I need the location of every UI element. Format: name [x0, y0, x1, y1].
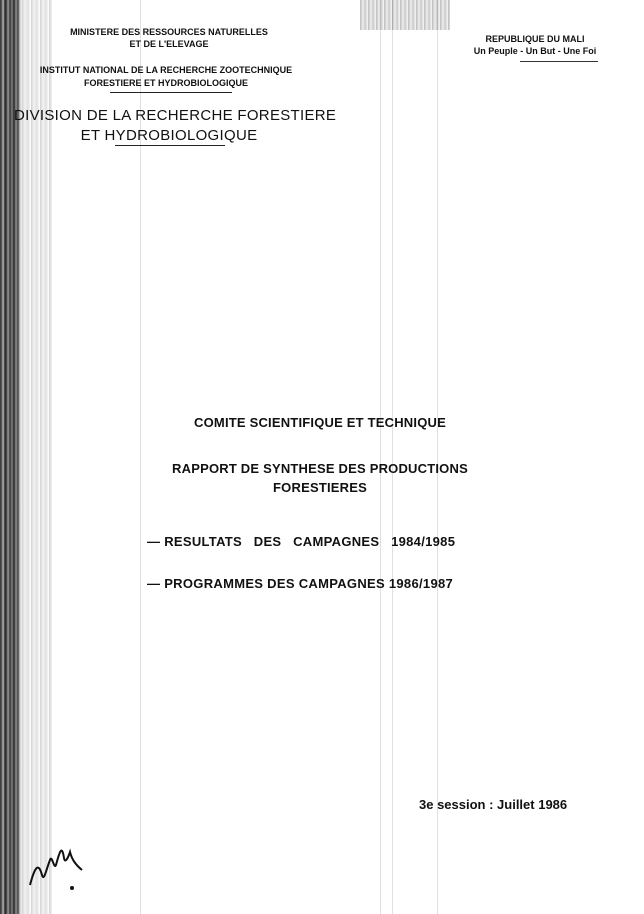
- report-title-line-2: FORESTIERES: [150, 478, 490, 497]
- scan-streak: [437, 0, 438, 914]
- divider-rule: [520, 61, 598, 62]
- ministry-line-1: MINISTERE DES RESSOURCES NATURELLES: [62, 26, 276, 38]
- handwritten-signature-icon: [22, 830, 92, 900]
- committee-title: COMITE SCIENTIFIQUE ET TECHNIQUE: [160, 415, 480, 430]
- document-page: MINISTERE DES RESSOURCES NATURELLES ET D…: [0, 0, 644, 914]
- list-item-programmes: — PROGRAMMES DES CAMPAGNES 1986/1987: [147, 576, 453, 591]
- division-line-2: ET HYDROBIOLOGIQUE: [14, 126, 324, 146]
- report-title-line-1: RAPPORT DE SYNTHESE DES PRODUCTIONS: [150, 459, 490, 478]
- session-date: 3e session : Juillet 1986: [419, 797, 567, 812]
- ministry-heading: MINISTERE DES RESSOURCES NATURELLES ET D…: [62, 26, 276, 50]
- scan-streak: [392, 0, 393, 914]
- division-heading: DIVISION DE LA RECHERCHE FORESTIERE ET H…: [14, 106, 324, 146]
- institute-line-1: INSTITUT NATIONAL DE LA RECHERCHE ZOOTEC…: [18, 64, 314, 77]
- national-motto: Un Peuple - Un But - Une Foi: [470, 45, 600, 57]
- divider-rule: [115, 145, 225, 146]
- institute-heading: INSTITUT NATIONAL DE LA RECHERCHE ZOOTEC…: [18, 64, 314, 90]
- divider-rule: [110, 92, 232, 93]
- institute-line-2: FORESTIERE ET HYDROBIOLOGIQUE: [18, 77, 314, 90]
- country-name: REPUBLIQUE DU MALI: [470, 33, 600, 45]
- scan-streak: [380, 0, 381, 914]
- scan-top-noise: [360, 0, 450, 30]
- list-item-results: — RESULTATS DES CAMPAGNES 1984/1985: [147, 534, 455, 549]
- ministry-line-2: ET DE L'ELEVAGE: [62, 38, 276, 50]
- republic-heading: REPUBLIQUE DU MALI Un Peuple - Un But - …: [470, 33, 600, 57]
- division-line-1: DIVISION DE LA RECHERCHE FORESTIERE: [14, 106, 324, 126]
- report-title: RAPPORT DE SYNTHESE DES PRODUCTIONS FORE…: [150, 459, 490, 497]
